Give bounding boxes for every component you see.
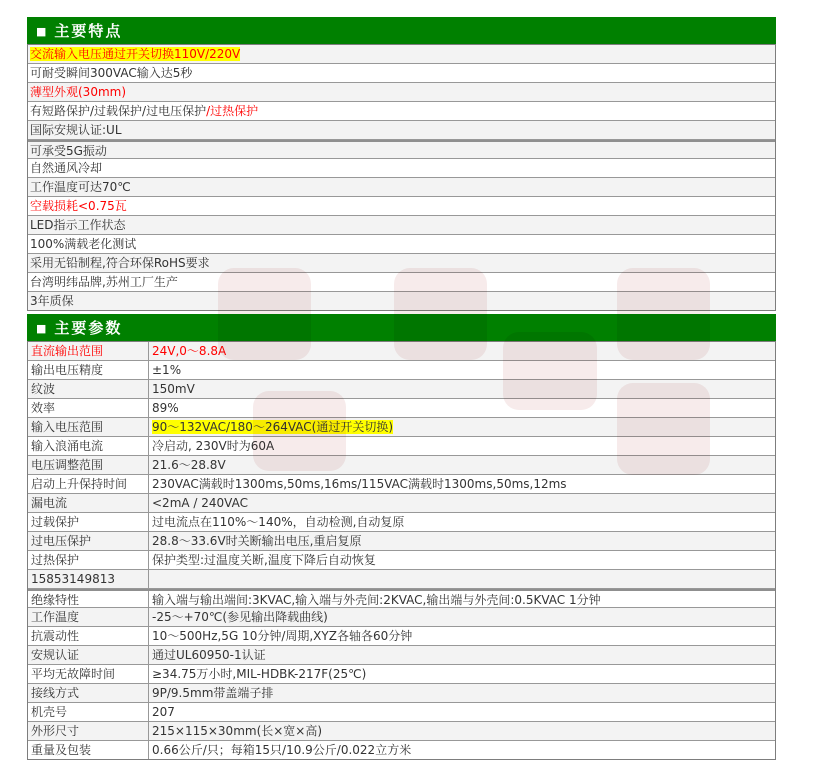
parameter-value: 90～132VAC/180～264VAC(通过开关切换) — [152, 420, 393, 434]
parameter-value-cell: 通过UL60950-1认证 — [149, 646, 775, 664]
feature-row: 100%满载老化测试 — [28, 235, 775, 254]
feature-text: 100%满载老化测试 — [30, 237, 136, 251]
parameter-row: 外形尺寸215×115×30mm(长×宽×高) — [28, 722, 775, 741]
parameter-label: 平均无故障时间 — [28, 665, 149, 683]
parameter-row: 15853149813 — [28, 570, 775, 589]
feature-row: LED指示工作状态 — [28, 216, 775, 235]
parameter-row: 机壳号207 — [28, 703, 775, 722]
parameter-row: 纹波150mV — [28, 380, 775, 399]
parameter-row: 抗震动性10～500Hz,5G 10分钟/周期,XYZ各轴各60分钟 — [28, 627, 775, 646]
parameter-row: 安规认证通过UL60950-1认证 — [28, 646, 775, 665]
parameter-label: 输入电压范围 — [28, 418, 149, 436]
parameter-row: 过热保护保护类型:过温度关断,温度下降后自动恢复 — [28, 551, 775, 570]
parameter-value: <2mA / 240VAC — [152, 496, 248, 510]
parameter-value-cell: 150mV — [149, 380, 775, 398]
parameter-label: 工作温度 — [28, 608, 149, 626]
feature-row: 空载损耗<0.75瓦 — [28, 197, 775, 216]
parameter-label: 效率 — [28, 399, 149, 417]
parameter-label: 绝缘特性 — [28, 591, 149, 607]
parameter-row: 输入电压范围90～132VAC/180～264VAC(通过开关切换) — [28, 418, 775, 437]
features-section: ■主要特点 交流输入电压通过开关切换110V/220V可耐受瞬间300VAC输入… — [27, 17, 776, 311]
parameter-value: 保护类型:过温度关断,温度下降后自动恢复 — [152, 553, 376, 567]
parameter-label: 接线方式 — [28, 684, 149, 702]
feature-row: 可耐受瞬间300VAC输入达5秒 — [28, 64, 775, 83]
parameter-label: 抗震动性 — [28, 627, 149, 645]
feature-row: 有短路保护/过载保护/过电压保护/过热保护 — [28, 102, 775, 121]
feature-text: 有短路保护/过载保护/过电压保护 — [30, 104, 206, 118]
parameter-value: 28.8～33.6V时关断输出电压,重启复原 — [152, 534, 361, 548]
parameter-row: 启动上升保持时间230VAC满载时1300ms,50ms,16ms/115VAC… — [28, 475, 775, 494]
parameter-label: 过电压保护 — [28, 532, 149, 550]
feature-row: 工作温度可达70℃ — [28, 178, 775, 197]
parameter-value-cell: 10～500Hz,5G 10分钟/周期,XYZ各轴各60分钟 — [149, 627, 775, 645]
parameters-section: ■主要参数 直流输出范围24V,0～8.8A输出电压精度±1%纹波150mV效率… — [27, 314, 776, 760]
parameter-row: 过载保护过电流点在110%～140%，自动检测,自动复原 — [28, 513, 775, 532]
feature-row: 采用无铅制程,符合环保RoHS要求 — [28, 254, 775, 273]
parameter-value-cell: 215×115×30mm(长×宽×高) — [149, 722, 775, 740]
feature-text: 采用无铅制程,符合环保RoHS要求 — [30, 256, 210, 270]
feature-row: 交流输入电压通过开关切换110V/220V — [28, 45, 775, 64]
parameter-value: 0.66公斤/只；每箱15只/10.9公斤/0.022立方米 — [152, 743, 411, 757]
parameters-header: ■主要参数 — [27, 314, 776, 341]
features-title: 主要特点 — [54, 22, 122, 40]
parameter-value: 89% — [152, 401, 179, 415]
parameter-row: 工作温度-25～+70℃(参见输出降载曲线) — [28, 608, 775, 627]
square-bullet-icon: ■ — [36, 25, 46, 38]
feature-text: 空载损耗<0.75瓦 — [30, 199, 127, 213]
parameter-row: 电压调整范围21.6～28.8V — [28, 456, 775, 475]
feature-text: 薄型外观(30mm) — [30, 85, 126, 99]
square-bullet-icon: ■ — [36, 322, 46, 335]
feature-text: 台湾明纬品牌,苏州工厂生产 — [30, 275, 178, 289]
parameter-value-cell: 冷启动, 230V时为60A — [149, 437, 775, 455]
parameter-value-cell: 207 — [149, 703, 775, 721]
parameter-label: 启动上升保持时间 — [28, 475, 149, 493]
parameter-value-cell: 21.6～28.8V — [149, 456, 775, 474]
feature-text: 工作温度可达70℃ — [30, 180, 131, 194]
feature-row: 台湾明纬品牌,苏州工厂生产 — [28, 273, 775, 292]
parameter-label: 直流输出范围 — [28, 342, 149, 360]
parameter-value-cell: 90～132VAC/180～264VAC(通过开关切换) — [149, 418, 775, 436]
parameter-value: ≥34.75万小时,MIL-HDBK-217F(25℃) — [152, 667, 366, 681]
features-list: 交流输入电压通过开关切换110V/220V可耐受瞬间300VAC输入达5秒薄型外… — [27, 44, 776, 311]
parameter-label: 电压调整范围 — [28, 456, 149, 474]
parameter-label: 重量及包装 — [28, 741, 149, 759]
parameter-label: 过载保护 — [28, 513, 149, 531]
parameter-row: 平均无故障时间≥34.75万小时,MIL-HDBK-217F(25℃) — [28, 665, 775, 684]
parameter-value-cell: 0.66公斤/只；每箱15只/10.9公斤/0.022立方米 — [149, 741, 775, 759]
parameters-table: 直流输出范围24V,0～8.8A输出电压精度±1%纹波150mV效率89%输入电… — [27, 341, 776, 760]
parameter-label: 机壳号 — [28, 703, 149, 721]
parameter-value-cell: 28.8～33.6V时关断输出电压,重启复原 — [149, 532, 775, 550]
feature-text: 可承受5G振动 — [30, 144, 107, 158]
parameter-value-cell: ±1% — [149, 361, 775, 379]
feature-text: 国际安规认证:UL — [30, 123, 122, 137]
parameter-value-cell: -25～+70℃(参见输出降载曲线) — [149, 608, 775, 626]
parameter-label: 漏电流 — [28, 494, 149, 512]
parameter-value: 207 — [152, 705, 175, 719]
parameter-value: 21.6～28.8V — [152, 458, 226, 472]
parameter-value-cell: 230VAC满载时1300ms,50ms,16ms/115VAC满载时1300m… — [149, 475, 775, 493]
parameter-row: 输入浪涌电流冷启动, 230V时为60A — [28, 437, 775, 456]
parameter-value-cell: 输入端与输出端间:3KVAC,输入端与外壳间:2KVAC,输出端与外壳间:0.5… — [149, 591, 775, 607]
parameter-value: 24V,0～8.8A — [152, 344, 226, 358]
features-header: ■主要特点 — [27, 17, 776, 44]
parameter-value: 输入端与输出端间:3KVAC,输入端与外壳间:2KVAC,输出端与外壳间:0.5… — [152, 593, 601, 607]
parameter-value-cell: 24V,0～8.8A — [149, 342, 775, 360]
parameter-value-cell — [149, 570, 775, 588]
feature-row: 可承受5G振动 — [28, 140, 775, 159]
parameter-value-cell: ≥34.75万小时,MIL-HDBK-217F(25℃) — [149, 665, 775, 683]
feature-row: 国际安规认证:UL — [28, 121, 775, 140]
parameter-label: 安规认证 — [28, 646, 149, 664]
parameter-value: ±1% — [152, 363, 181, 377]
parameter-value-cell: 89% — [149, 399, 775, 417]
parameter-label: 纹波 — [28, 380, 149, 398]
parameter-label: 输入浪涌电流 — [28, 437, 149, 455]
parameter-label: 过热保护 — [28, 551, 149, 569]
page-background: { "colors": { "header_green": "#008000",… — [0, 0, 817, 771]
feature-text: /过热保护 — [206, 104, 258, 118]
parameter-value: -25～+70℃(参见输出降载曲线) — [152, 610, 328, 624]
feature-text: 交流输入电压通过开关切换110V/220V — [30, 47, 240, 61]
feature-text: 自然通风冷却 — [30, 161, 102, 175]
parameter-value: 过电流点在110%～140%，自动检测,自动复原 — [152, 515, 404, 529]
feature-row: 3年质保 — [28, 292, 775, 310]
parameter-row: 接线方式9P/9.5mm带盖端子排 — [28, 684, 775, 703]
parameter-value: 230VAC满载时1300ms,50ms,16ms/115VAC满载时1300m… — [152, 477, 567, 491]
parameter-row: 漏电流<2mA / 240VAC — [28, 494, 775, 513]
parameter-value: 9P/9.5mm带盖端子排 — [152, 686, 273, 700]
parameter-value-cell: 过电流点在110%～140%，自动检测,自动复原 — [149, 513, 775, 531]
feature-text: 可耐受瞬间300VAC输入达5秒 — [30, 66, 192, 80]
parameters-title: 主要参数 — [54, 319, 122, 337]
parameter-row: 直流输出范围24V,0～8.8A — [28, 342, 775, 361]
parameter-row: 输出电压精度±1% — [28, 361, 775, 380]
parameter-value: 150mV — [152, 382, 195, 396]
parameter-value-cell: <2mA / 240VAC — [149, 494, 775, 512]
parameter-value-cell: 保护类型:过温度关断,温度下降后自动恢复 — [149, 551, 775, 569]
feature-text: 3年质保 — [30, 294, 74, 308]
parameter-row: 绝缘特性输入端与输出端间:3KVAC,输入端与外壳间:2KVAC,输出端与外壳间… — [28, 589, 775, 608]
parameter-row: 效率89% — [28, 399, 775, 418]
parameter-row: 过电压保护28.8～33.6V时关断输出电压,重启复原 — [28, 532, 775, 551]
parameter-value: 通过UL60950-1认证 — [152, 648, 266, 662]
parameter-label: 外形尺寸 — [28, 722, 149, 740]
parameter-value: 10～500Hz,5G 10分钟/周期,XYZ各轴各60分钟 — [152, 629, 412, 643]
parameter-row: 重量及包装0.66公斤/只；每箱15只/10.9公斤/0.022立方米 — [28, 741, 775, 759]
parameter-label: 输出电压精度 — [28, 361, 149, 379]
product-spec-page: ■主要特点 交流输入电压通过开关切换110V/220V可耐受瞬间300VAC输入… — [27, 17, 776, 760]
parameter-value: 215×115×30mm(长×宽×高) — [152, 724, 322, 738]
parameter-value-cell: 9P/9.5mm带盖端子排 — [149, 684, 775, 702]
feature-row: 薄型外观(30mm) — [28, 83, 775, 102]
feature-row: 自然通风冷却 — [28, 159, 775, 178]
parameter-value: 冷启动, 230V时为60A — [152, 439, 274, 453]
feature-text: LED指示工作状态 — [30, 218, 126, 232]
parameter-label: 15853149813 — [28, 570, 149, 588]
